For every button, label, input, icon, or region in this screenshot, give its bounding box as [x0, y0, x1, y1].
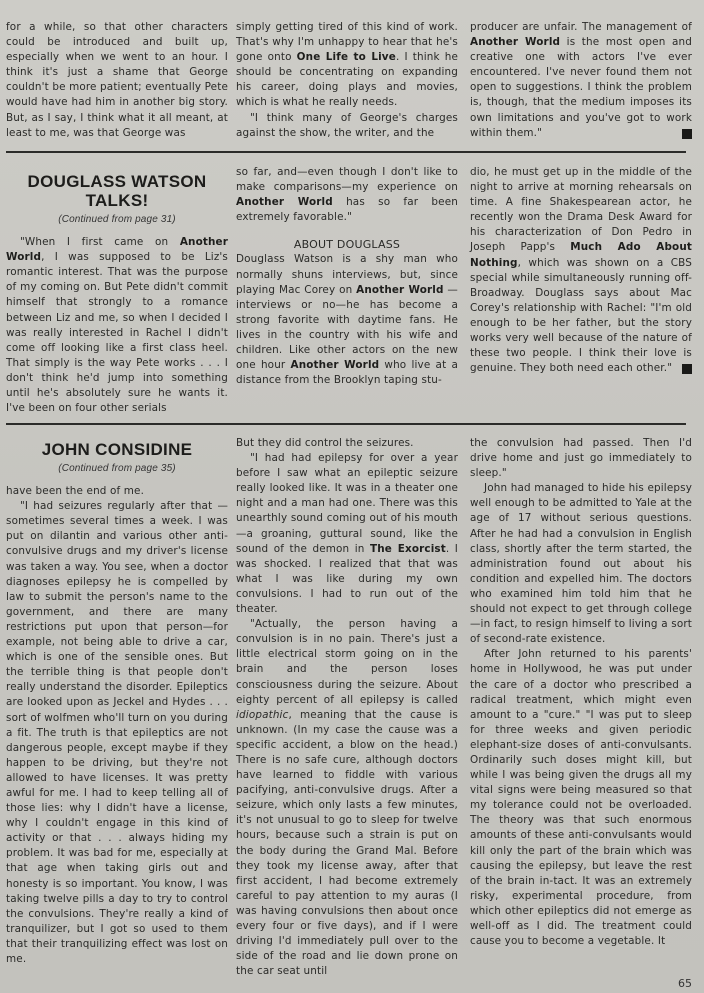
- show-title: One Life to Live: [297, 51, 396, 63]
- text: producer are unfair. The management of: [470, 21, 692, 33]
- headline: DOUGLASS WATSON TALKS!: [6, 172, 228, 210]
- paragraph: "When I first came on Another World, I w…: [6, 235, 228, 416]
- paragraph: the convulsion had passed. Then I'd driv…: [470, 436, 692, 481]
- considine-col3: the convulsion had passed. Then I'd driv…: [470, 436, 692, 949]
- paragraph: "Actually, the person having a convulsio…: [236, 617, 458, 979]
- show-title: Another World: [236, 196, 333, 208]
- considine-col1: JOHN CONSIDINE (Continued from page 35) …: [6, 440, 228, 967]
- show-title: Another World: [356, 284, 443, 296]
- section-divider: [6, 151, 686, 153]
- paragraph: But they did control the seizures.: [236, 436, 458, 451]
- end-of-article-mark: [682, 129, 692, 139]
- douglass-col2: so far, and—even though I don't like to …: [236, 165, 458, 388]
- magazine-page: for a while, so that other characters co…: [0, 0, 704, 993]
- paragraph: for a while, so that other characters co…: [6, 20, 228, 141]
- text: so far, and—even though I don't like to …: [236, 166, 458, 193]
- text: , meaning that the cause is unknown. (In…: [236, 709, 458, 978]
- emphasized-term: idiopathic: [236, 709, 288, 721]
- top-article-col3: producer are unfair. The management of A…: [470, 20, 692, 141]
- paragraph: so far, and—even though I don't like to …: [236, 165, 458, 225]
- continued-note: (Continued from page 31): [6, 212, 228, 227]
- top-article-col2: simply getting tired of this kind of wor…: [236, 20, 458, 141]
- paragraph: After John returned to his parents' home…: [470, 647, 692, 949]
- paragraph: "I think many of George's charges agains…: [236, 111, 458, 141]
- douglass-col1: DOUGLASS WATSON TALKS! (Continued from p…: [6, 172, 228, 416]
- headline-line: DOUGLASS WATSON: [6, 172, 228, 191]
- considine-col2: But they did control the seizures. "I ha…: [236, 436, 458, 979]
- show-title: Another World: [470, 36, 560, 48]
- paragraph: John had managed to hide his epilepsy we…: [470, 481, 692, 647]
- top-article-col1: for a while, so that other characters co…: [6, 20, 228, 141]
- text: is the most open and creative one with a…: [470, 36, 692, 139]
- subheading: ABOUT DOUGLASS: [236, 237, 458, 252]
- headline-line: TALKS!: [6, 191, 228, 210]
- paragraph: "I had seizures regularly after that —so…: [6, 499, 228, 967]
- film-title: The Exorcist: [370, 543, 446, 555]
- paragraph: have been the end of me.: [6, 484, 228, 499]
- text: , I was supposed to be Liz's romantic in…: [6, 251, 228, 414]
- text: "I had had epilepsy for over a year befo…: [236, 452, 458, 555]
- section-divider: [6, 423, 686, 425]
- text: , which was shown on a CBS special while…: [470, 257, 692, 375]
- show-title: Another World: [291, 359, 380, 371]
- continued-note: (Continued from page 35): [6, 461, 228, 476]
- douglass-col3: dio, he must get up in the middle of the…: [470, 165, 692, 376]
- page-number: 65: [678, 977, 692, 990]
- text: "Actually, the person having a convulsio…: [236, 618, 458, 705]
- paragraph: dio, he must get up in the middle of the…: [470, 165, 692, 376]
- paragraph: "I had had epilepsy for over a year befo…: [236, 451, 458, 617]
- headline: JOHN CONSIDINE: [6, 440, 228, 459]
- paragraph: Douglass Watson is a shy man who normall…: [236, 252, 458, 388]
- end-of-article-mark: [682, 364, 692, 374]
- paragraph: producer are unfair. The management of A…: [470, 20, 692, 141]
- text: "When I first came on: [20, 236, 180, 248]
- text: —interviews or no—he has become a strong…: [236, 284, 458, 371]
- paragraph: simply getting tired of this kind of wor…: [236, 20, 458, 111]
